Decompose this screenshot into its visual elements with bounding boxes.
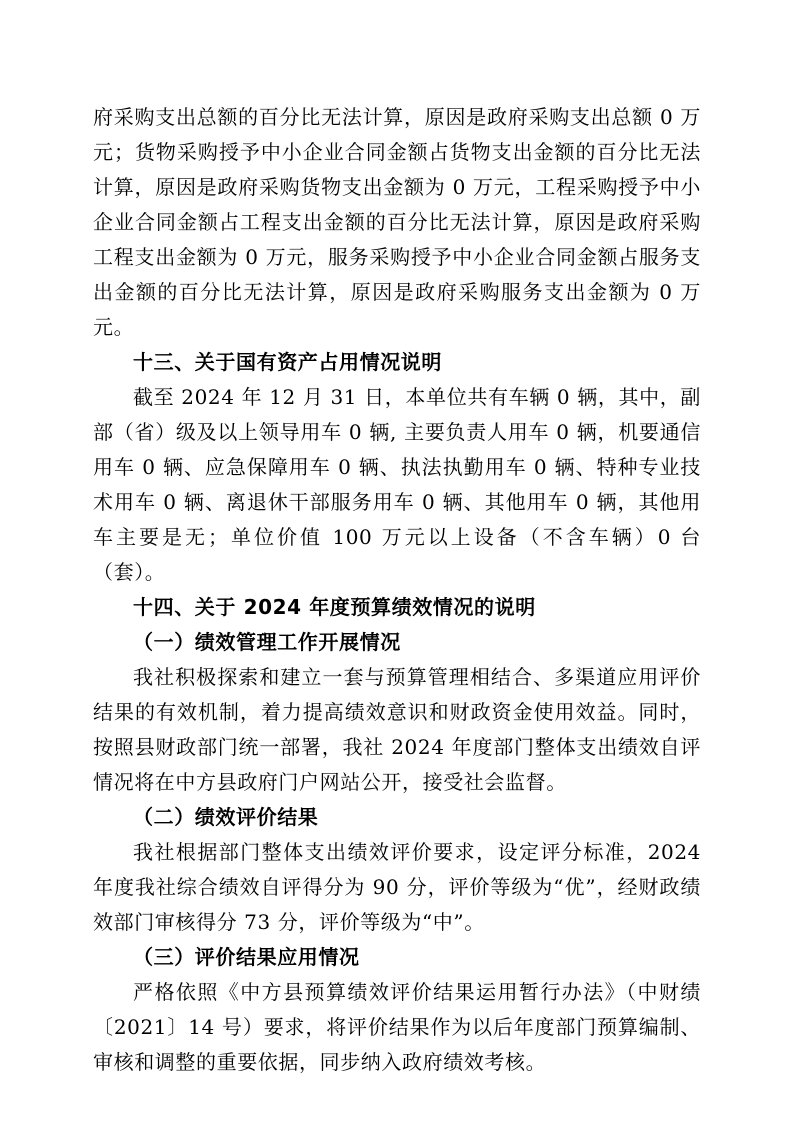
section-14-heading: 十四、关于 2024 年度预算绩效情况的说明 — [93, 590, 701, 625]
subsection-2-heading: （二）绩效评价结果 — [93, 800, 701, 835]
paragraph-government-procurement-continuation: 府采购支出总额的百分比无法计算，原因是政府采购支出总额 0 万元；货物采购授予中… — [93, 100, 701, 345]
paragraph-evaluation-result-application: 严格依照《中方县预算绩效评价结果运用暂行办法》（中财绩〔2021〕14 号）要求… — [93, 975, 701, 1080]
paragraph-performance-management: 我社积极探索和建立一套与预算管理相结合、多渠道应用评价结果的有效机制，着力提高绩… — [93, 660, 701, 800]
subsection-1-heading: （一）绩效管理工作开展情况 — [93, 625, 701, 660]
paragraph-performance-evaluation-result: 我社根据部门整体支出绩效评价要求，设定评分标准，2024 年度我社综合绩效自评得… — [93, 835, 701, 940]
document-page: 府采购支出总额的百分比无法计算，原因是政府采购支出总额 0 万元；货物采购授予中… — [0, 0, 793, 1122]
section-13-heading: 十三、关于国有资产占用情况说明 — [93, 345, 701, 380]
document-content: 府采购支出总额的百分比无法计算，原因是政府采购支出总额 0 万元；货物采购授予中… — [0, 0, 793, 1080]
subsection-3-heading: （三）评价结果应用情况 — [93, 940, 701, 975]
paragraph-state-owned-assets: 截至 2024 年 12 月 31 日，本单位共有车辆 0 辆，其中，副部（省）… — [93, 380, 701, 590]
